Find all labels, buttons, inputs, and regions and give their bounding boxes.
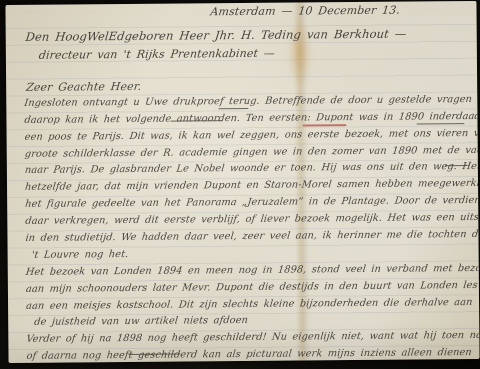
scan-vignette — [5, 1, 479, 363]
letter-paper: Amsterdam — 10 December 13. Den HoogWelE… — [5, 1, 479, 363]
scan-background: Amsterdam — 10 December 13. Den HoogWelE… — [0, 0, 480, 369]
